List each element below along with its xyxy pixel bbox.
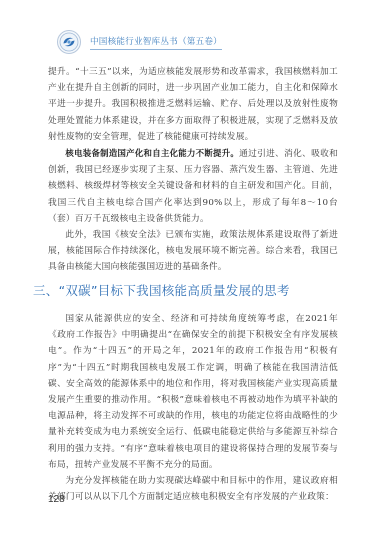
paragraph-fuel-cycle: 提升。“十三五”以来，为适应核能发展形势和改革需求，我国核燃料加工产业在提升自主… bbox=[48, 64, 338, 145]
section-body-text: 国家从能源供应的安全、经济和可持续角度统筹考虑，在2021年《政府工作报告》中明… bbox=[48, 311, 338, 505]
running-header: 中国核能行业智库丛书（第五卷） bbox=[57, 29, 222, 55]
nuclear-association-logo-icon bbox=[57, 30, 81, 54]
section-heading: 三、“双碳”目标下我国核能高质量发展的思考 bbox=[33, 281, 290, 299]
paragraph-text: 提升。“十三五”以来，为适应核能发展形势和改革需求，我国核燃料加工产业在提升自主… bbox=[48, 67, 338, 142]
paragraph-recommendation: 为充分发挥核能在助力实现碳达峰碳中和目标中的作用，建议政府相关部门可以从以下几个… bbox=[48, 473, 338, 505]
paragraph-text: 此外，我国《核安全法》已颁布实施，政策法规体系建设取得了新进展，核能国际合作持续… bbox=[48, 230, 338, 272]
book-series-title: 中国核能行业智库丛书（第五卷） bbox=[90, 35, 222, 50]
page-number: 128 bbox=[48, 494, 65, 505]
paragraph-equipment: 核电装备制造国产化和自主化能力不断提升。通过引进、消化、吸收和创新，我国已经逐步… bbox=[48, 145, 338, 227]
paragraph-text: 国家从能源供应的安全、经济和可持续角度统筹考虑，在2021年《政府工作报告》中明… bbox=[48, 314, 338, 470]
paragraph-government-report: 国家从能源供应的安全、经济和可持续角度统筹考虑，在2021年《政府工作报告》中明… bbox=[48, 311, 338, 473]
paragraph-text: 通过引进、消化、吸收和创新，我国已经逐步实现了主泵、压力容器、蒸汽发生器、主管道… bbox=[48, 149, 338, 224]
paragraph-policy: 此外，我国《核安全法》已颁布实施，政策法规体系建设取得了新进展，核能国际合作持续… bbox=[48, 227, 338, 276]
body-text: 提升。“十三五”以来，为适应核能发展形势和改革需求，我国核燃料加工产业在提升自主… bbox=[48, 64, 338, 276]
paragraph-text: 为充分发挥核能在助力实现碳达峰碳中和目标中的作用，建议政府相关部门可以从以下几个… bbox=[48, 476, 338, 502]
paragraph-lead: 核电装备制造国产化和自主化能力不断提升。 bbox=[65, 148, 239, 158]
